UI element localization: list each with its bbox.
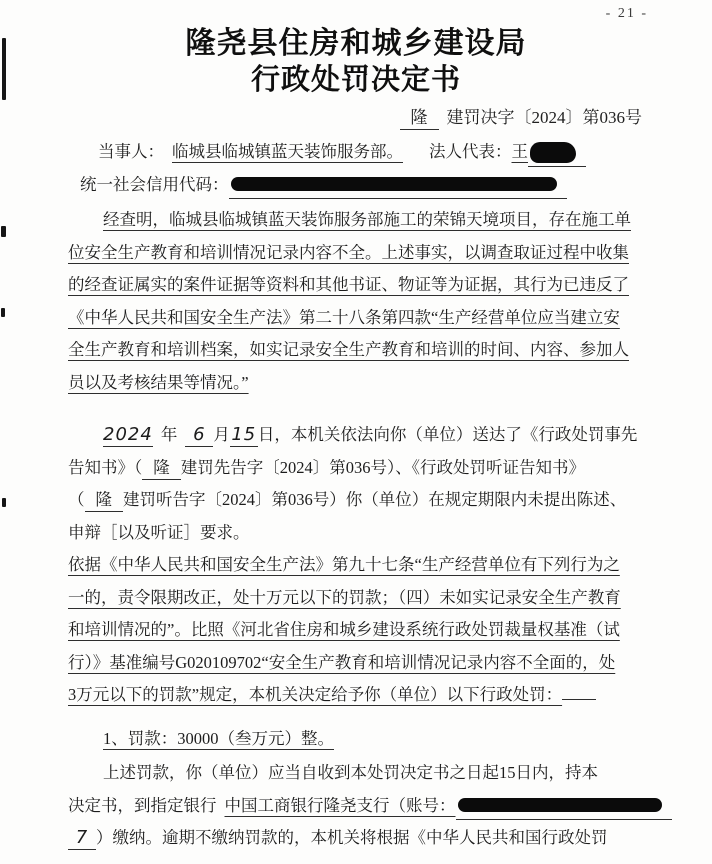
notice-line2-pre: 告知书》（ bbox=[68, 458, 142, 477]
year-label: 年 bbox=[161, 425, 178, 444]
findings-text: 员以及考核结果等情况。” bbox=[68, 373, 249, 392]
payment-paragraph: 上述罚款，你（单位）应当自收到本处罚决定书之日起15日内，持本 决定书，到指定银… bbox=[68, 757, 650, 855]
scan-artifact bbox=[1, 308, 5, 317]
party-name: 临城县临城镇蓝天装饰服务部。 bbox=[172, 142, 403, 161]
doc-title-type: 行政处罚决定书 bbox=[0, 62, 712, 98]
legal-rep-redaction-wrap bbox=[528, 140, 586, 167]
doc-title-agency: 隆尧县住房和城乡建设局 bbox=[0, 26, 712, 62]
findings-paragraph: 经查明，临城县临城镇蓝天装饰服务部施工的荣锦天境项目，存在施工单 位安全生产教育… bbox=[68, 204, 650, 399]
legal-rep-label: 法人代表： bbox=[429, 142, 512, 161]
doc-number-rest: 建罚决字〔2024〕第036号 bbox=[447, 108, 643, 127]
basis-text: 行）》基准编号G020109702“安全生产教育和培训情况记录内容不全面的，处 bbox=[68, 653, 615, 672]
notice-paragraph: 2024年6月15日，本机关依法向你（单位）送达了《行政处罚事先 告知书》（隆建… bbox=[68, 419, 650, 549]
notice-line: 申辩［以及听证］要求。 bbox=[68, 517, 650, 550]
findings-text: 全生产教育和培训档案，如实记录安全生产教育和培训的时间、内容、参加人 bbox=[68, 340, 629, 359]
findings-line: 的经查证属实的案件证据等资料和其他书证、物证等为证据，其行为已违反了 bbox=[68, 269, 650, 302]
doc-blank-hearing: 隆 bbox=[85, 488, 124, 512]
doc-number-blank: 隆 bbox=[400, 106, 439, 130]
doc-body: 当事人：临城县临城镇蓝天装饰服务部。法人代表：王 统一社会信用代码： 经查明，临… bbox=[0, 136, 712, 855]
findings-line: 位安全生产教育和培训情况记录内容不全。上述事实，以调查取证过程中收集 bbox=[68, 237, 650, 270]
scan-artifact bbox=[2, 38, 6, 100]
payment-line: 上述罚款，你（单位）应当自收到本处罚决定书之日起15日内，持本 bbox=[68, 757, 650, 790]
bank-name: 中国工商银行隆尧支行 bbox=[225, 796, 390, 815]
account-redaction-wrap bbox=[456, 794, 672, 820]
doc-number: 隆建罚决字〔2024〕第036号 bbox=[0, 106, 712, 130]
notice-line3-rest: 建罚听告字〔2024〕第036号）你（单位）在规定期限内未提出陈述、 bbox=[123, 490, 626, 509]
notice-date-line: 2024年6月15日，本机关依法向你（单位）送达了《行政处罚事先 bbox=[68, 419, 650, 452]
basis-paragraph: 依据《中华人民共和国安全生产法》第九十七条“生产经营单位有下列行为之 一的，责令… bbox=[68, 549, 650, 712]
handwritten-day: 15 bbox=[230, 423, 258, 447]
payment-bank-line: 决定书，到指定银行中国工商银行隆尧支行（账号： bbox=[68, 790, 650, 823]
redaction-bar-credit-code bbox=[231, 177, 557, 191]
redaction-bar-legal-rep bbox=[530, 142, 576, 163]
basis-text: 一的，责令限期改正，处十万元以下的罚款；（四）未如实记录安全生产教育 bbox=[68, 588, 621, 607]
penalty-item-line: 1、罚款：30000（叁万元）整。 bbox=[68, 723, 650, 756]
basis-line: 依据《中华人民共和国安全生产法》第九十七条“生产经营单位有下列行为之 bbox=[68, 549, 650, 582]
basis-text: 和培训情况的”。比照《河北省住房和城乡建设系统行政处罚裁量权基准（试 bbox=[68, 620, 620, 639]
page-number: - 21 - bbox=[606, 6, 648, 22]
scan-artifact bbox=[1, 226, 6, 237]
party-line: 当事人：临城县临城镇蓝天装饰服务部。法人代表：王 bbox=[68, 136, 650, 169]
payment-line3-text: ）缴纳。逾期不缴纳罚款的，本机关将根据《中华人民共和国行政处罚 bbox=[96, 828, 608, 847]
payment-line: 7）缴纳。逾期不缴纳罚款的，本机关将根据《中华人民共和国行政处罚 bbox=[68, 822, 650, 855]
notice-line: 告知书》（隆建罚先告字〔2024〕第036号）、《行政处罚听证告知书》 bbox=[68, 452, 650, 485]
findings-text: 《中华人民共和国安全生产法》第二十八条第四款“生产经营单位应当建立安 bbox=[68, 308, 620, 327]
basis-line: 一的，责令限期改正，处十万元以下的罚款；（四）未如实记录安全生产教育 bbox=[68, 582, 650, 615]
basis-text: 3万元以下的罚款”规定，本机关决定给予你（单位）以下行政处罚： bbox=[68, 685, 562, 704]
notice-line: （隆建罚听告字〔2024〕第036号）你（单位）在规定期限内未提出陈述、 bbox=[68, 484, 650, 517]
payment-line1-text: 上述罚款，你（单位）应当自收到本处罚决定书之日起15日内，持本 bbox=[103, 763, 598, 782]
party-label: 当事人： bbox=[98, 142, 164, 161]
credit-code-label: 统一社会信用代码： bbox=[80, 175, 229, 194]
basis-line: 和培训情况的”。比照《河北省住房和城乡建设系统行政处罚裁量权基准（试 bbox=[68, 614, 650, 647]
credit-code-redaction-wrap bbox=[229, 173, 567, 199]
basis-line: 3万元以下的罚款”规定，本机关决定给予你（单位）以下行政处罚： bbox=[68, 679, 650, 712]
penalty-item-text: 1、罚款：30000（叁万元）整。 bbox=[103, 729, 334, 748]
notice-line1-text: 日，本机关依法向你（单位）送达了《行政处罚事先 bbox=[258, 425, 638, 444]
notice-line2-rest: 建罚先告字〔2024〕第036号）、《行政处罚听证告知书》 bbox=[181, 458, 585, 477]
month-label: 月 bbox=[213, 425, 230, 444]
findings-line: 全生产教育和培训档案，如实记录安全生产教育和培训的时间、内容、参加人 bbox=[68, 334, 650, 367]
redaction-bar-account bbox=[458, 798, 662, 812]
findings-text: 的经查证属实的案件证据等资料和其他书证、物证等为证据，其行为已违反了 bbox=[68, 275, 629, 294]
findings-text: 位安全生产教育和培训情况记录内容不全。上述事实，以调查取证过程中收集 bbox=[68, 243, 629, 262]
account-label: （账号： bbox=[390, 796, 456, 815]
scan-artifact bbox=[2, 498, 6, 507]
blank-underline-tail bbox=[562, 699, 596, 700]
handwritten-month: 6 bbox=[185, 423, 213, 447]
basis-line: 行）》基准编号G020109702“安全生产教育和培训情况记录内容不全面的，处 bbox=[68, 647, 650, 680]
basis-text: 依据《中华人民共和国安全生产法》第九十七条“生产经营单位有下列行为之 bbox=[68, 555, 620, 574]
credit-code-line: 统一社会信用代码： bbox=[68, 169, 650, 202]
findings-line: 员以及考核结果等情况。” bbox=[68, 367, 650, 400]
handwritten-year: 2024 bbox=[103, 423, 153, 447]
handwritten-account-tail: 7 bbox=[68, 826, 96, 850]
penalty-decision-document: - 21 - 隆尧县住房和城乡建设局 行政处罚决定书 隆建罚决字〔2024〕第0… bbox=[0, 0, 712, 864]
findings-line: 经查明，临城县临城镇蓝天装饰服务部施工的荣锦天境项目，存在施工单 bbox=[68, 204, 650, 237]
payment-line2-pre: 决定书，到指定银行 bbox=[68, 796, 217, 815]
doc-blank-long: 隆 bbox=[142, 456, 181, 480]
notice-line4-text: 申辩［以及听证］要求。 bbox=[68, 523, 250, 542]
findings-text: 经查明，临城县临城镇蓝天装饰服务部施工的荣锦天境项目，存在施工单 bbox=[103, 210, 631, 229]
notice-line3-pre: （ bbox=[68, 490, 85, 509]
findings-line: 《中华人民共和国安全生产法》第二十八条第四款“生产经营单位应当建立安 bbox=[68, 302, 650, 335]
legal-rep-name: 王 bbox=[512, 142, 529, 161]
